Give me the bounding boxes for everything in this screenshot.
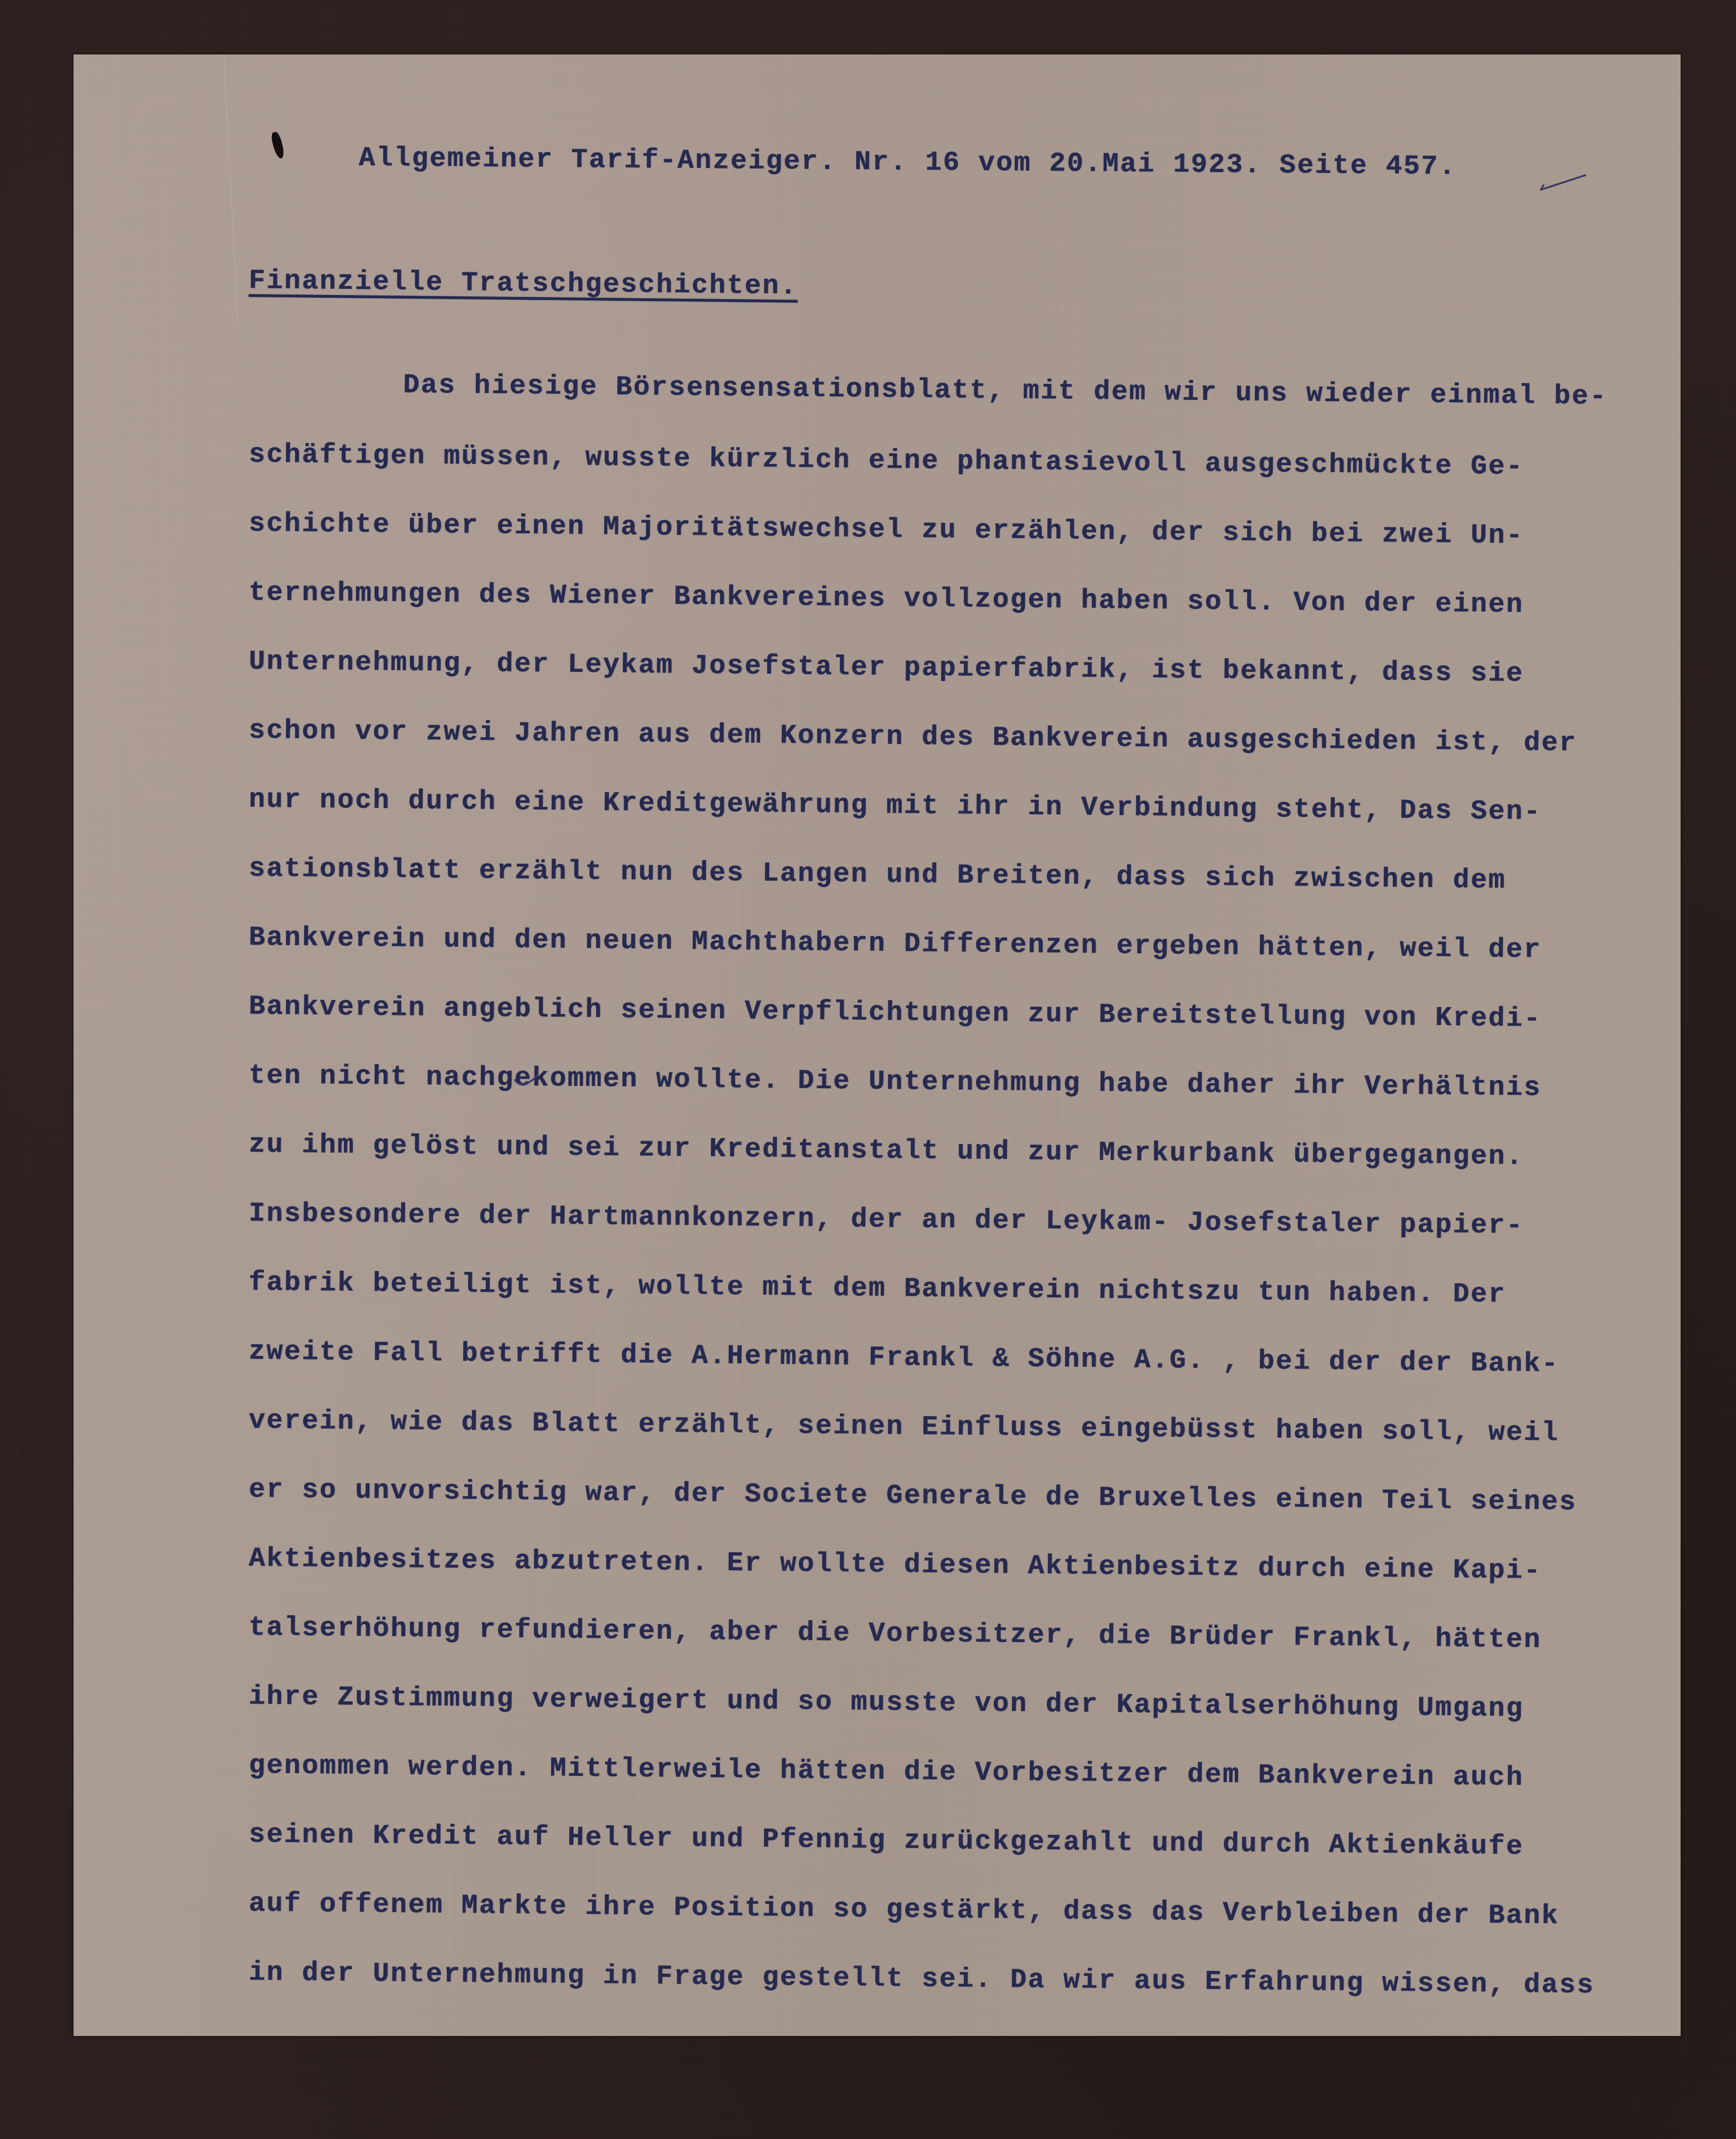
article-title: Finanzielle Tratschgeschichten. <box>249 266 798 302</box>
typewritten-page <box>74 54 1681 2036</box>
handwritten-correction-mark-icon <box>513 1074 540 1092</box>
handwritten-check-mark-icon <box>1540 172 1590 191</box>
ink-blot-mark <box>270 131 286 159</box>
